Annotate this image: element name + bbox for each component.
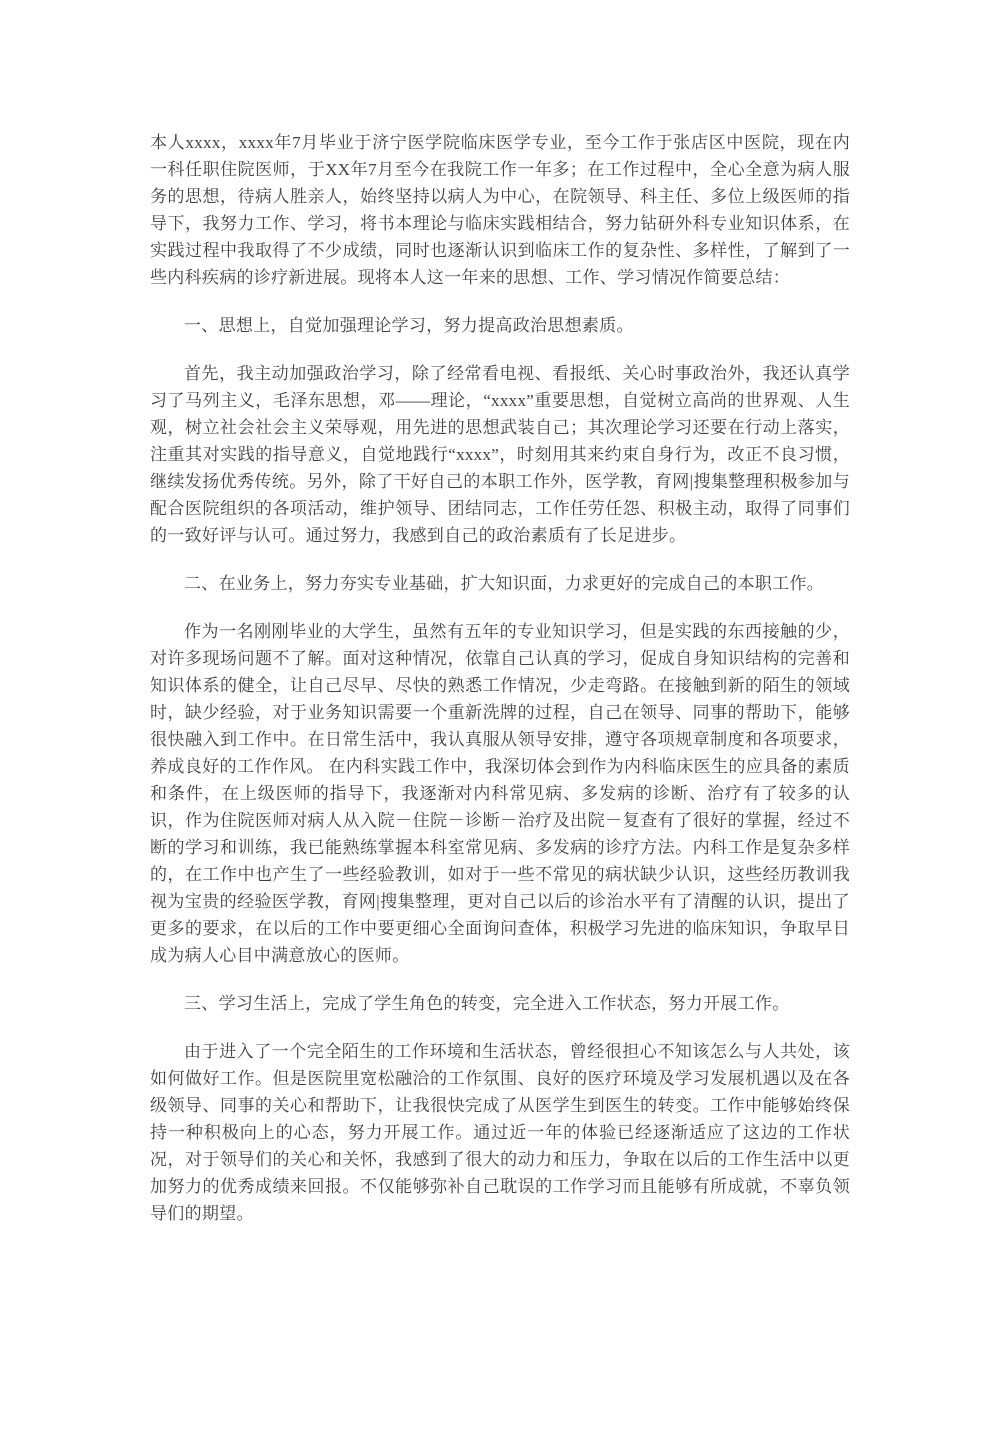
paragraph-2: 一、思想上，自觉加强理论学习，努力提高政治思想素质。 — [150, 312, 850, 339]
paragraph-1: 本人xxxx，xxxx年7月毕业于济宁医学院临床医学专业，至今工作于张店区中医院… — [150, 129, 850, 291]
paragraph-6: 三、学习生活上，完成了学生角色的转变，完全进入工作状态，努力开展工作。 — [150, 990, 850, 1017]
paragraph-4: 二、在业务上，努力夯实专业基础，扩大知识面，力求更好的完成自己的本职工作。 — [150, 570, 850, 597]
document-body: 本人xxxx，xxxx年7月毕业于济宁医学院临床医学专业，至今工作于张店区中医院… — [150, 129, 850, 1227]
paragraph-5: 作为一名刚刚毕业的大学生，虽然有五年的专业知识学习，但是实践的东西接触的少，对许… — [150, 618, 850, 969]
paragraph-7: 由于进入了一个完全陌生的工作环境和生活状态，曾经很担心不知该怎么与人共处，该如何… — [150, 1038, 850, 1227]
paragraph-3: 首先，我主动加强政治学习，除了经常看电视、看报纸、关心时事政治外，我还认真学习了… — [150, 360, 850, 549]
document-page: 本人xxxx，xxxx年7月毕业于济宁医学院临床医学专业，至今工作于张店区中医院… — [0, 0, 1000, 1447]
